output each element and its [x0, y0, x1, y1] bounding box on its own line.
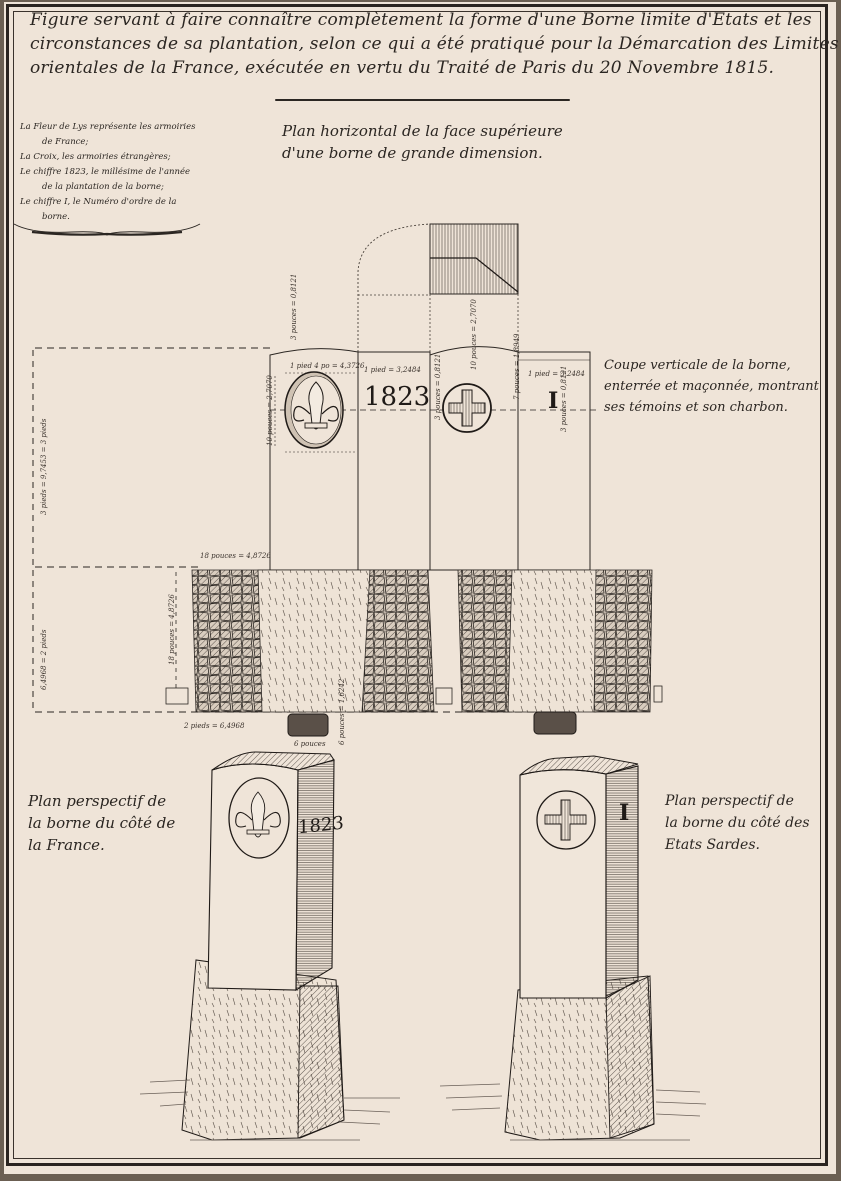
- measure-total-height: 3 pieds = 9,7453 = 3 pieds: [40, 419, 48, 515]
- perspective-stone-france: [140, 752, 400, 1140]
- measure-number-width: 1 pied = 3,2484: [528, 370, 585, 378]
- fleur-de-lys-medallion: [285, 372, 343, 448]
- number-I-section: I: [548, 388, 558, 414]
- number-I-perspective: I: [619, 800, 629, 826]
- measure-year-width: 1 pied = 3,2484: [364, 366, 421, 374]
- measure-charcoal-width: 6 pouces: [294, 740, 326, 748]
- measure-masonry-side: 18 pouces = 4,8726: [168, 594, 176, 665]
- witness-stone-right: [654, 686, 662, 702]
- measure-top-vertical: 3 pouces = 0,8121: [290, 274, 298, 340]
- witness-stone-center: [436, 688, 452, 704]
- masonry-section: [166, 570, 662, 736]
- measure-lower-height: 6,4968 = 2 pieds: [40, 630, 48, 690]
- measure-cross-left: 3 pouces = 0,8121: [434, 354, 442, 420]
- year-1823-section: 1823: [364, 382, 430, 412]
- measure-masonry-top: 18 pouces = 4,8726: [200, 552, 271, 560]
- perspective-stone-sardes: [440, 756, 706, 1140]
- top-plan-block: [358, 224, 518, 352]
- measure-charcoal-depth: 6 pouces = 1,6242: [338, 679, 346, 745]
- witness-stone-left: [166, 688, 188, 704]
- cross-medallion: [443, 384, 491, 432]
- charcoal-left: [288, 714, 328, 736]
- charcoal-right: [534, 712, 576, 734]
- measure-cross-top: 10 pouces = 2,7070: [470, 299, 478, 370]
- measure-number-height: 3 pouces = 0,8121: [560, 366, 568, 432]
- measure-base-width: 2 pieds = 6,4968: [184, 722, 244, 730]
- technical-drawing: [0, 0, 841, 1181]
- measure-cross-right: 7 pouces = 1,8949: [513, 334, 521, 400]
- measure-fleur-height: 10 pouces = 2,7070: [266, 375, 274, 446]
- measure-fleur-width: 1 pied 4 po = 4,3726: [290, 362, 364, 370]
